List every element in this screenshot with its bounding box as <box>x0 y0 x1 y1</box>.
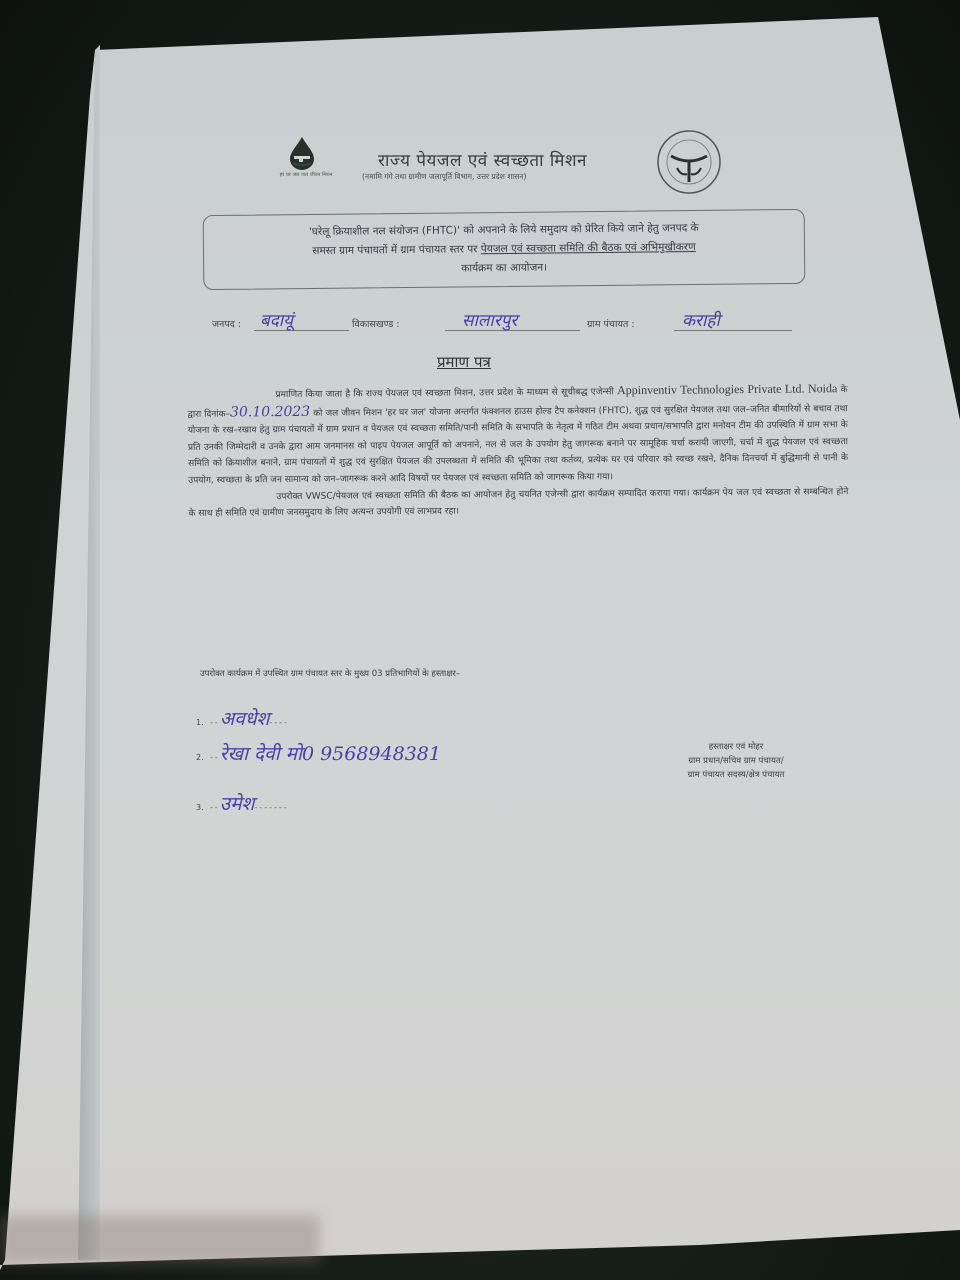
participant-name: रेखा देवी मो0 9568948381 <box>220 743 441 765</box>
mission-subtitle: (नमामि गंगे तथा ग्रामीण जलापूर्ति विभाग,… <box>362 172 526 182</box>
signatory-line-3: ग्राम पंचायत सदस्य/क्षेत्र पंचायत <box>646 768 826 782</box>
banner-line-2-plain: समस्त ग्राम पंचायतों में ग्राम पंचायत स्… <box>312 243 481 257</box>
banner-line-2-underlined: पेयजल एवं स्वच्छता समिति की बैठक एवं अभि… <box>481 241 696 255</box>
signatory-line-2: ग्राम प्रधान/सचिव ग्राम पंचायत/ <box>646 754 826 768</box>
logo-caption: हर घर जल जल जीवन मिशन <box>276 172 336 179</box>
block-label: विकासखण्ड : <box>352 317 400 330</box>
participant-name: उमेश <box>220 793 255 815</box>
panchayat-label: ग्राम पंचायत : <box>587 317 635 330</box>
participant-signature-3: 3.--उमेश------- <box>196 790 289 816</box>
district-label: जनपद : <box>212 317 241 330</box>
para1-part-a: प्रमाणित किया जाता है कि राज्य पेयजल एवं… <box>275 387 617 400</box>
participant-name: अवधेश <box>220 708 270 730</box>
district-value: बदायूं <box>260 308 293 331</box>
handwritten-date: 30.10.2023 <box>230 403 310 420</box>
jal-jeevan-mission-logo-icon <box>285 136 319 170</box>
signatory-block: हस्ताक्षर एवं मोहर ग्राम प्रधान/सचिव ग्र… <box>646 740 826 782</box>
location-fields: जनपद : बदायूं विकासखण्ड : सालारपुर ग्राम… <box>212 308 792 338</box>
participant-number: 1. <box>196 718 210 727</box>
participant-number: 2. <box>196 753 210 762</box>
certificate-title: प्रमाण पत्र <box>437 352 491 372</box>
block-value: सालारपुर <box>462 308 517 331</box>
participant-signature-2: 2.--रेखा देवी मो0 9568948381 <box>196 740 441 766</box>
document-header: हर घर जल जल जीवन मिशन राज्य पेयजल एवं स्… <box>270 128 740 198</box>
signatory-line-1: हस्ताक्षर एवं मोहर <box>646 740 826 754</box>
panchayat-value: कराही <box>682 308 720 331</box>
certificate-paragraph-2: उपरोक्त VWSC/पेयजल एवं स्वच्छता समिति की… <box>188 484 848 523</box>
participant-signature-1: 1.--अवधेश---- <box>196 705 289 731</box>
agency-name: Appinventiv Technologies Private Ltd. No… <box>617 381 837 397</box>
certificate-paragraph-1: प्रमाणित किया जाता है कि राज्य पेयजल एवं… <box>187 380 848 489</box>
up-state-emblem-icon <box>655 128 723 196</box>
participants-intro: उपरोक्त कार्यक्रम में उपस्थित ग्राम पंचा… <box>200 668 570 681</box>
certificate-body: प्रमाणित किया जाता है कि राज्य पेयजल एवं… <box>187 380 848 523</box>
mission-title: राज्य पेयजल एवं स्वच्छता मिशन <box>378 148 587 171</box>
program-banner: 'घरेलू क्रियाशील नल संयोजन (FHTC)' को अप… <box>203 209 806 290</box>
finger-shadow <box>0 1215 320 1265</box>
participant-number: 3. <box>196 803 210 812</box>
